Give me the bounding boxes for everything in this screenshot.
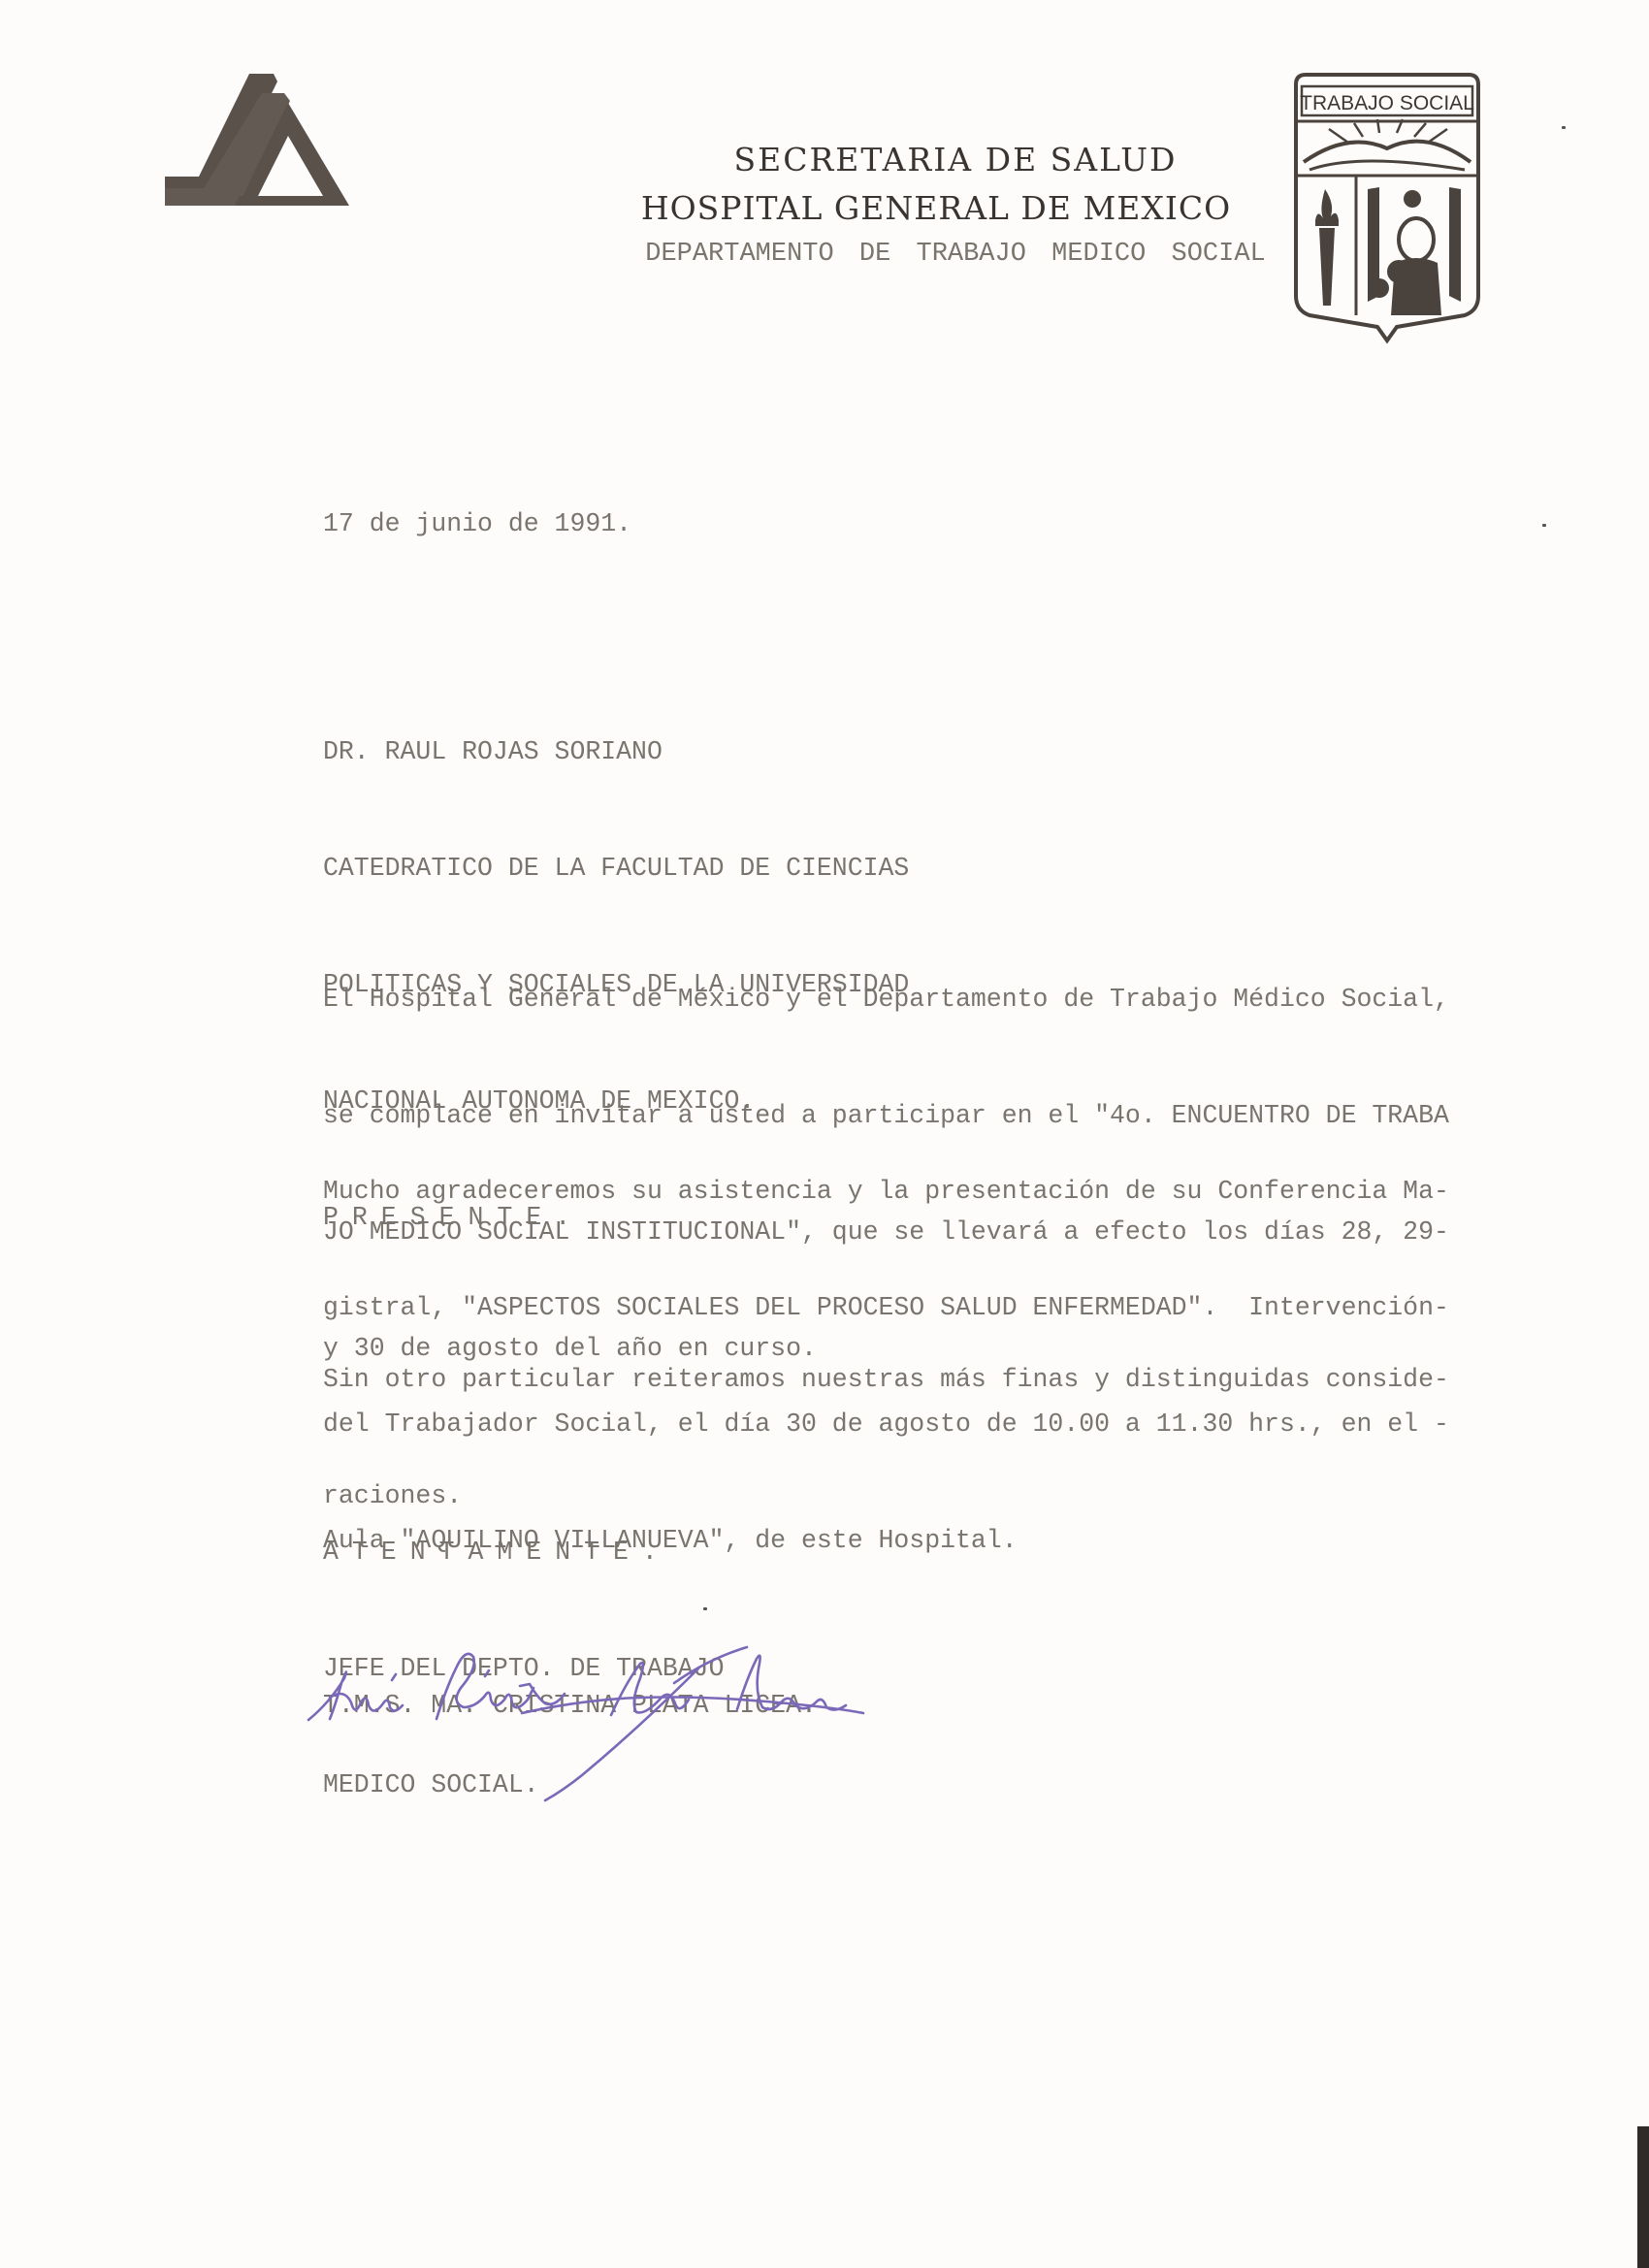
ssa-triangle-logo-icon [160, 68, 354, 213]
paragraph-line: Sin otro particular reiteramos nuestras … [323, 1360, 1449, 1399]
scan-speck [1542, 524, 1546, 527]
paragraph-line: Mucho agradeceremos su asistencia y la p… [323, 1172, 1449, 1211]
svg-text:TRABAJO SOCIAL: TRABAJO SOCIAL [1300, 92, 1474, 114]
department-name: DEPARTAMENTO DE TRABAJO MEDICO SOCIAL [611, 233, 1300, 275]
trabajo-social-shield-icon: TRABAJO SOCIAL [1290, 73, 1484, 344]
letter-date: 17 de junio de 1991. [323, 504, 631, 543]
letterhead-text: SECRETARIA DE SALUD HOSPITAL GENERAL DE … [601, 136, 1300, 275]
scan-edge-shadow [1637, 2126, 1649, 2268]
paragraph-line: El Hospital General de México y el Depar… [323, 980, 1449, 1019]
recipient-name: DR. RAUL ROJAS SORIANO [323, 732, 909, 771]
handwritten-signature-icon [291, 1610, 912, 1804]
scan-speck [1562, 126, 1566, 129]
ministry-name: SECRETARIA DE SALUD [611, 136, 1300, 184]
recipient-title-line: CATEDRATICO DE LA FACULTAD DE CIENCIAS [323, 849, 909, 888]
closing-salutation: ATENTAMENTE. [323, 1533, 724, 1571]
scan-speck [703, 1607, 707, 1610]
hospital-name: HOSPITAL GENERAL DE MEXICO [572, 184, 1300, 233]
letter-page: SECRETARIA DE SALUD HOSPITAL GENERAL DE … [0, 0, 1649, 2268]
